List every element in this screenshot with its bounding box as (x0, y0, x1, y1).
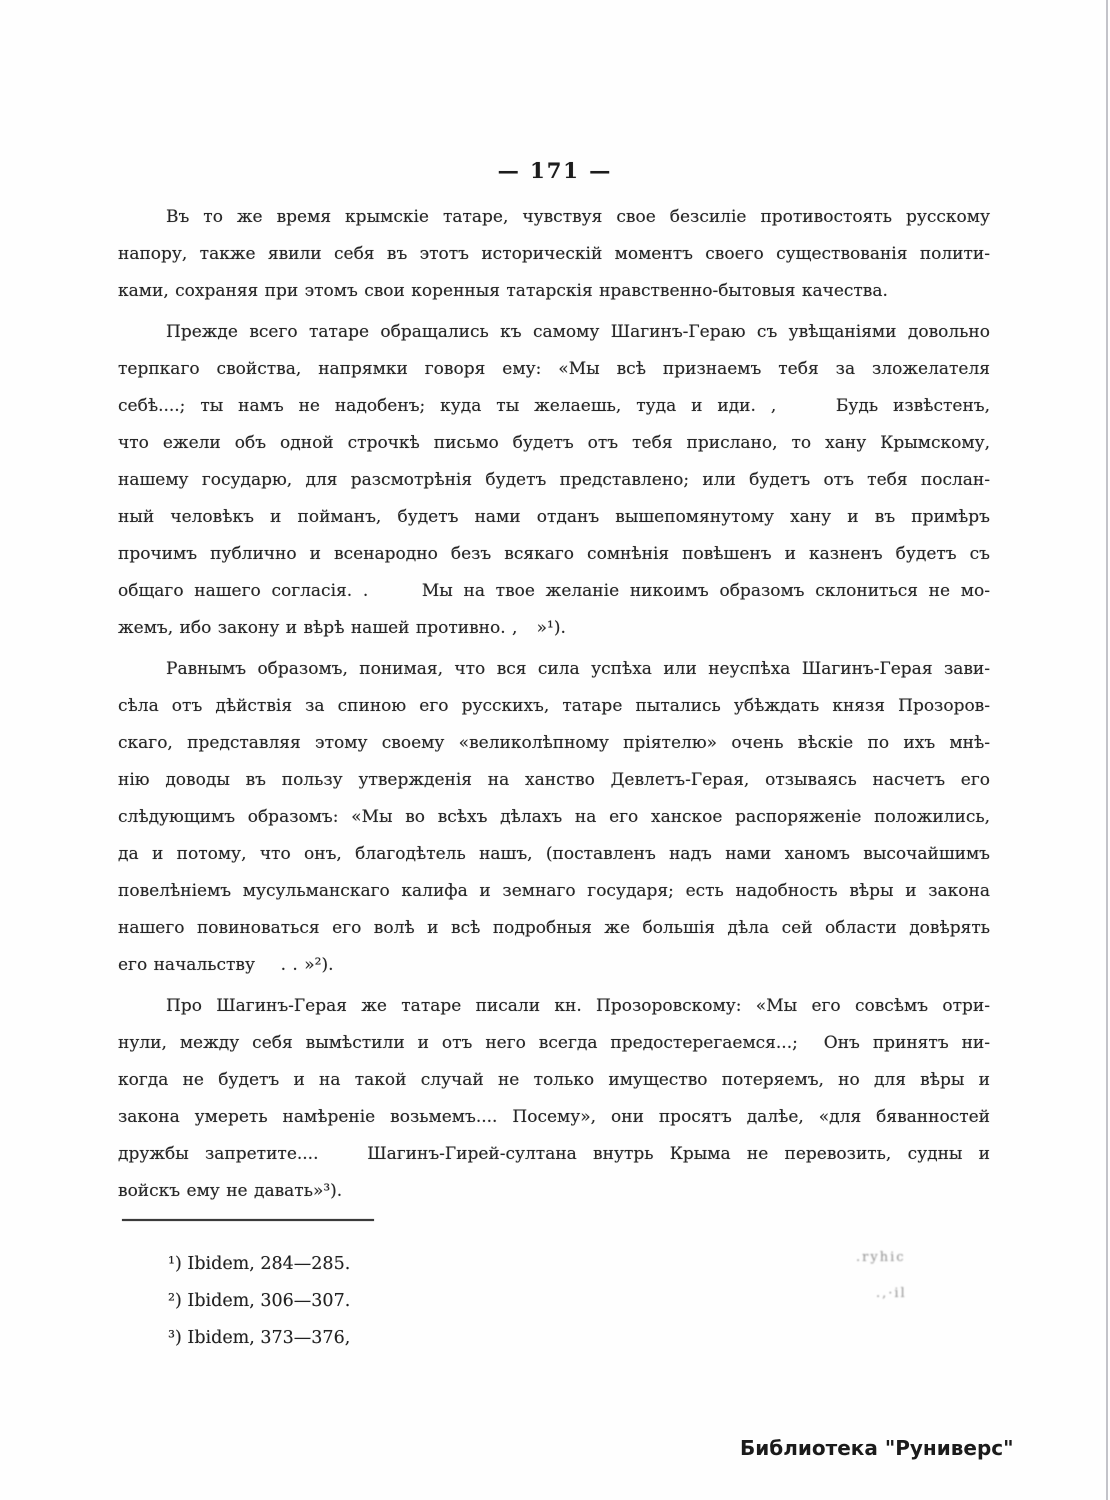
text-line: его начальству . . »²). (118, 947, 990, 984)
ink-bleed-smudge: .ryhiс (856, 1250, 906, 1265)
paragraph-1: Въ то же время крымскіе татаре, чувствуя… (118, 199, 990, 310)
text-line: войскъ ему не давать»³). (118, 1173, 990, 1210)
text-line: Въ то же время крымскіе татаре, чувствуя… (118, 199, 990, 236)
text-line: нашему государю, для разсмотрѣнія будетъ… (118, 462, 990, 499)
footnote-separator-rule (122, 1219, 374, 1221)
text-line: Про Шагинъ-Герая же татаре писали кн. Пр… (118, 988, 990, 1025)
text-line: Равнымъ образомъ, понимая, что вся сила … (118, 651, 990, 688)
text-line: когда не будетъ и на такой случай не тол… (118, 1062, 990, 1099)
scanned-book-page: — 171 — Въ то же время крымскіе татаре, … (0, 0, 1110, 1500)
text-line: общаго нашего согласія. . Мы на твое жел… (118, 573, 990, 610)
text-line: себѣ....; ты намъ не надобенъ; куда ты ж… (118, 388, 990, 425)
text-line: нашего повиноваться его волѣ и всѣ подро… (118, 910, 990, 947)
text-line: повелѣніемъ мусульманскаго калифа и земн… (118, 873, 990, 910)
footnote-3: ³) Ibidem, 373—376, (168, 1320, 350, 1357)
text-line: дружбы запретите.... Шагинъ-Гирей-султан… (118, 1136, 990, 1173)
footnotes: ¹) Ibidem, 284—285. ²) Ibidem, 306—307. … (168, 1246, 350, 1357)
footnote-1: ¹) Ibidem, 284—285. (168, 1246, 350, 1283)
text-line: что ежели объ одной строчкѣ письмо будет… (118, 425, 990, 462)
paragraph-3: Равнымъ образомъ, понимая, что вся сила … (118, 651, 990, 984)
page-number: — 171 — (0, 158, 1110, 183)
text-line: да и потому, что онъ, благодѣтель нашъ, … (118, 836, 990, 873)
text-line: закона умереть намѣреніе возьмемъ.... По… (118, 1099, 990, 1136)
ink-bleed-smudge: .,·il (876, 1286, 907, 1301)
text-line: напору, также явили себя въ этотъ истори… (118, 236, 990, 273)
footnote-2: ²) Ibidem, 306—307. (168, 1283, 350, 1320)
text-line: жемъ, ибо закону и вѣрѣ нашей противно. … (118, 610, 990, 647)
text-line: скаго, представляя этому своему «великол… (118, 725, 990, 762)
text-line: прочимъ публично и всенародно безъ всяка… (118, 536, 990, 573)
paragraph-4: Про Шагинъ-Герая же татаре писали кн. Пр… (118, 988, 990, 1210)
page-edge-line (1106, 0, 1108, 1500)
text-line: Прежде всего татаре обращались къ самому… (118, 314, 990, 351)
text-line: нули, между себя вымѣстили и отъ него вс… (118, 1025, 990, 1062)
library-watermark: Библиотека "Руниверс" (740, 1436, 1014, 1460)
paragraph-2: Прежде всего татаре обращались къ самому… (118, 314, 990, 647)
text-line: сѣла отъ дѣйствія за спиною его русскихъ… (118, 688, 990, 725)
body-text: Въ то же время крымскіе татаре, чувствуя… (118, 199, 990, 1214)
text-line: терпкаго свойства, напрямки говоря ему: … (118, 351, 990, 388)
text-line: нію доводы въ пользу утвержденія на ханс… (118, 762, 990, 799)
text-line: слѣдующимъ образомъ: «Мы во всѣхъ дѣлахъ… (118, 799, 990, 836)
text-line: ный человѣкъ и пойманъ, будетъ нами отда… (118, 499, 990, 536)
text-line: ками, сохраняя при этомъ свои коренныя т… (118, 273, 990, 310)
